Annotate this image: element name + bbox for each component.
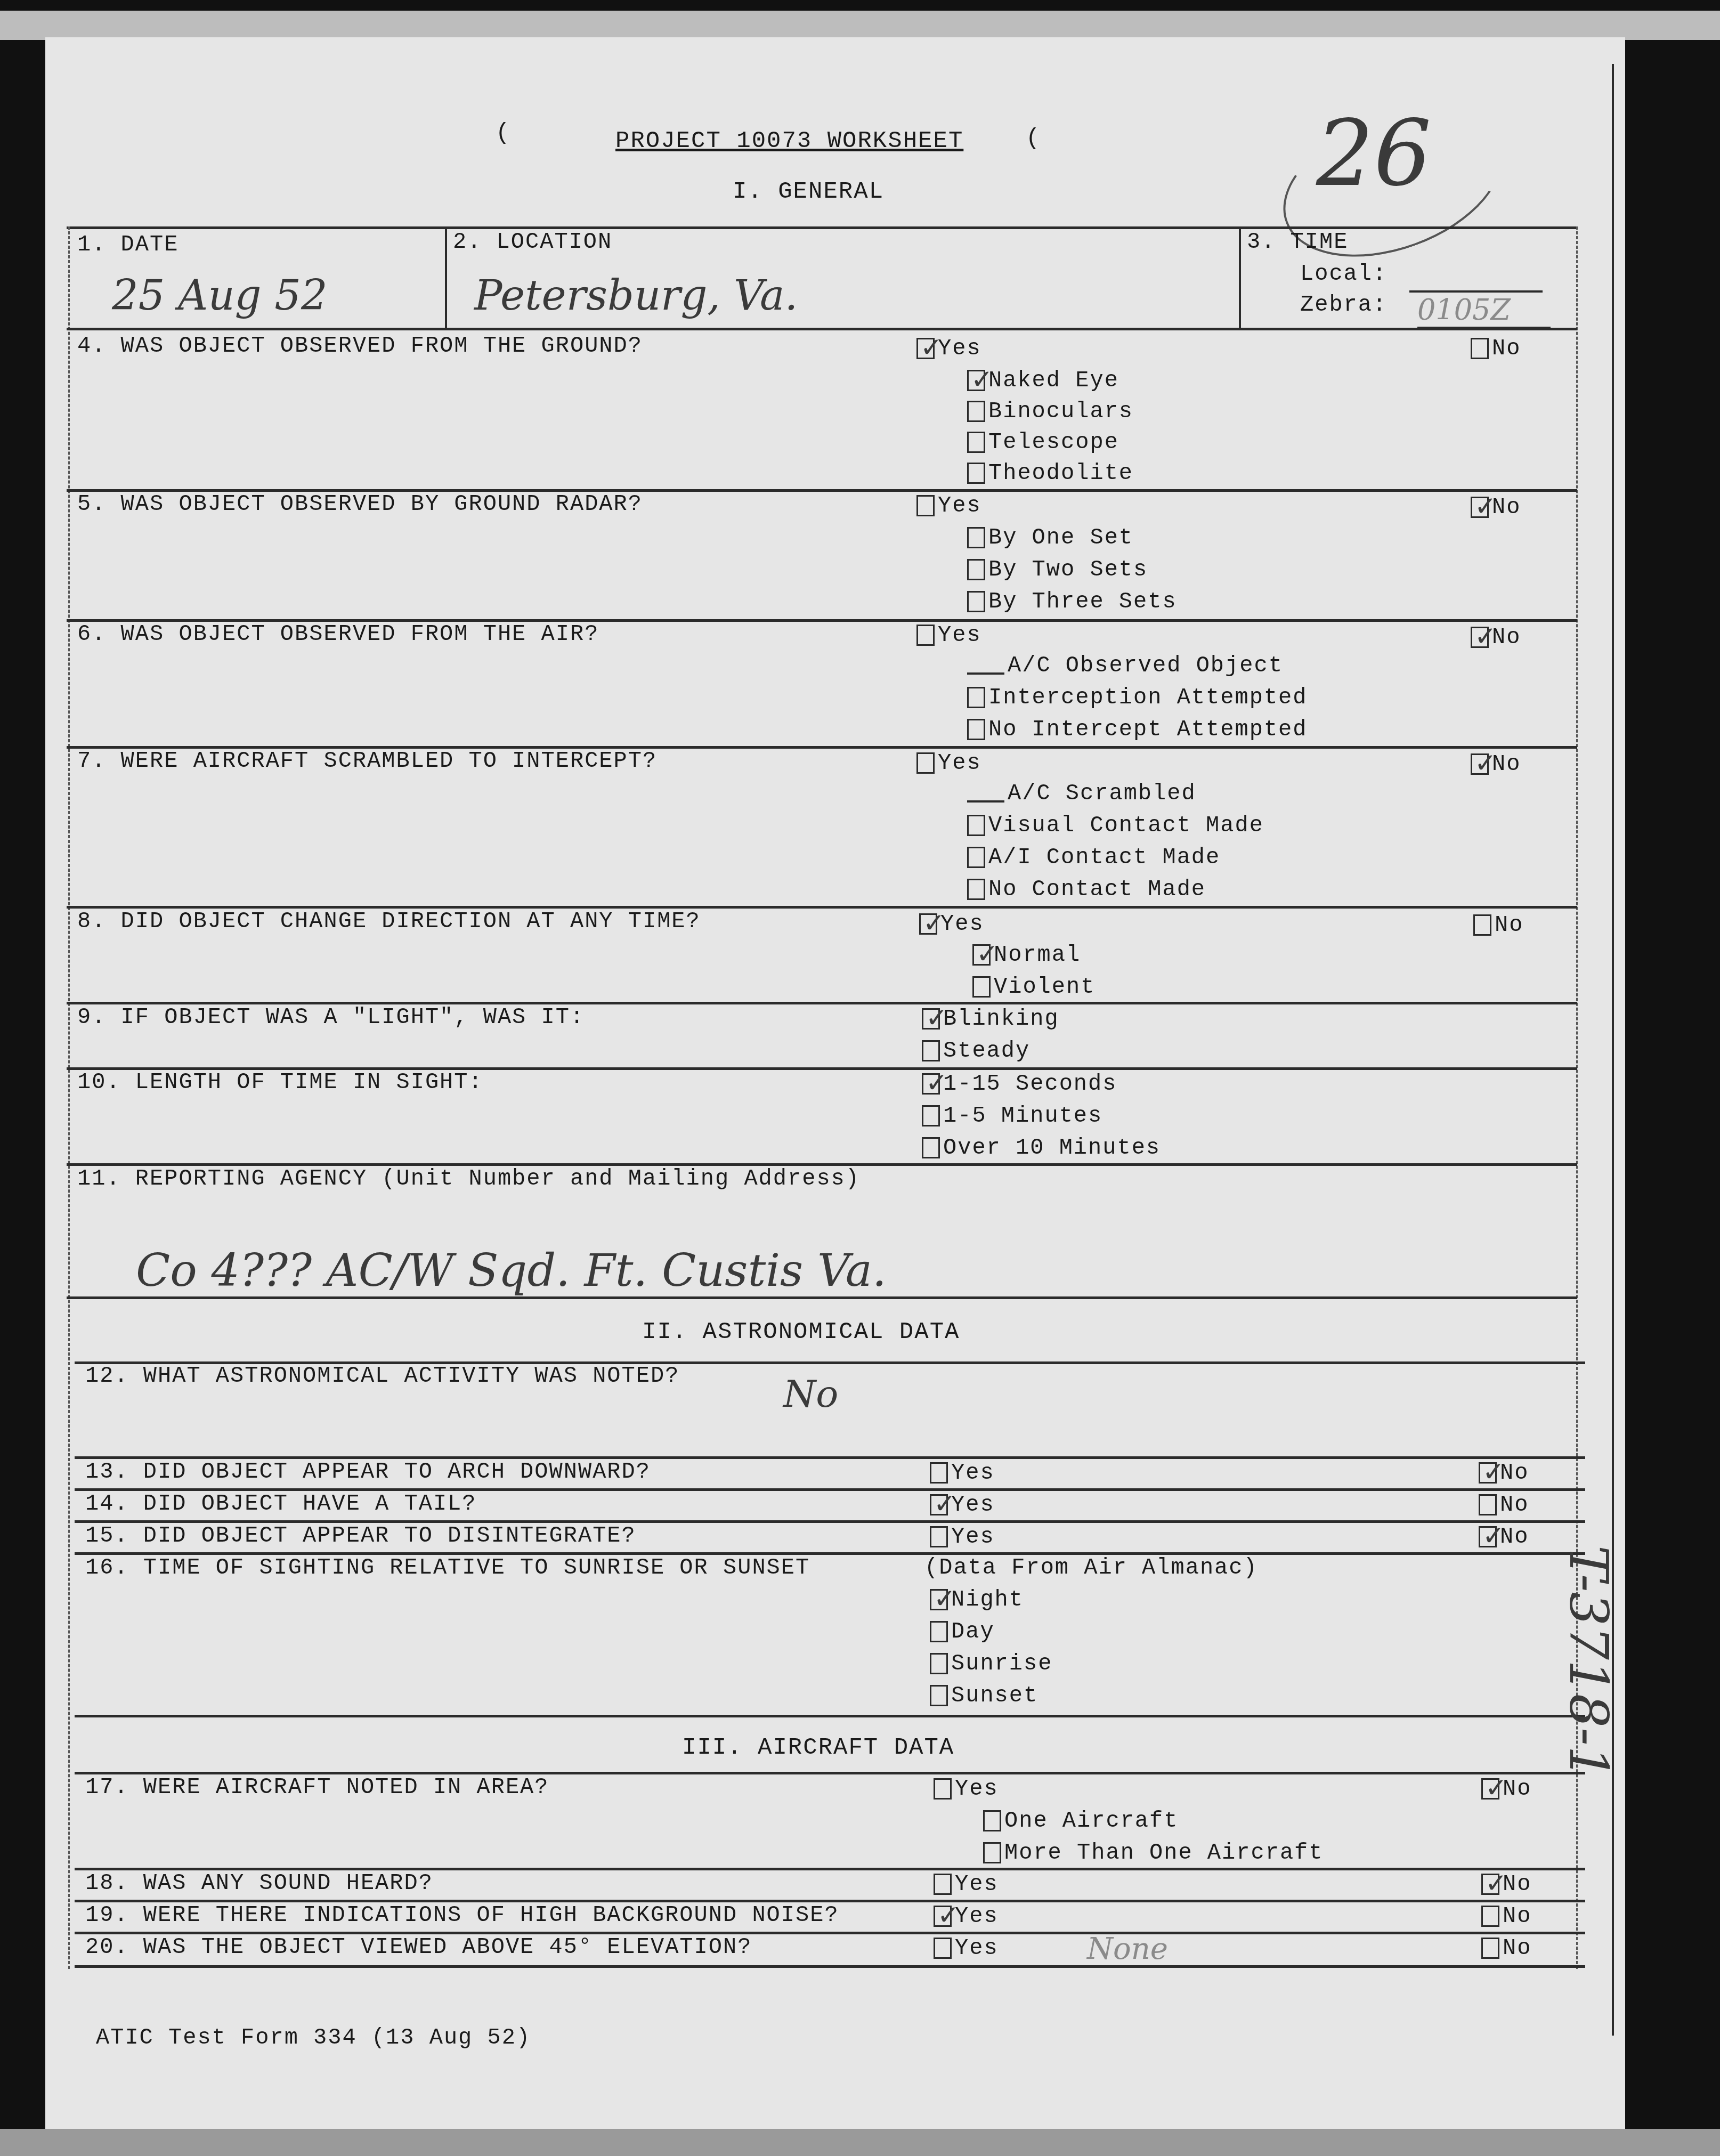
- checkbox-icon[interactable]: [934, 1938, 952, 1959]
- checkbox-icon[interactable]: [934, 1874, 952, 1895]
- q11-label: 11. REPORTING AGENCY (Unit Number and Ma…: [77, 1166, 860, 1192]
- paren-left: (: [496, 120, 510, 147]
- q16-source: (Data From Air Almanac): [924, 1555, 1258, 1580]
- scan-bottom-shadow: [0, 2129, 1720, 2156]
- q6-option-interception-attempted[interactable]: Interception Attempted: [967, 685, 1308, 710]
- q20-note[interactable]: None: [1087, 1932, 1168, 1966]
- q16-option-night[interactable]: Night: [930, 1587, 1024, 1612]
- checkbox-icon[interactable]: [967, 719, 985, 740]
- checkbox-icon[interactable]: [1481, 1938, 1499, 1959]
- q9-option-blinking[interactable]: Blinking: [922, 1006, 1059, 1032]
- blank-field[interactable]: [967, 784, 1004, 803]
- q9-label: 9. IF OBJECT WAS A "LIGHT", WAS IT:: [77, 1004, 585, 1030]
- checkbox-icon[interactable]: [967, 432, 985, 453]
- q4-option-naked-eye[interactable]: Naked Eye: [967, 368, 1119, 393]
- q8-option-violent[interactable]: Violent: [972, 974, 1095, 1000]
- checkbox-icon[interactable]: [967, 527, 985, 548]
- checkbox-icon[interactable]: [930, 1526, 948, 1547]
- checkbox-checked-icon[interactable]: [1471, 627, 1489, 648]
- q15-label: 15. DID OBJECT APPEAR TO DISINTEGRATE?: [85, 1523, 636, 1549]
- checkbox-checked-icon[interactable]: [1471, 497, 1489, 518]
- checkbox-checked-icon[interactable]: [922, 1073, 940, 1095]
- checkbox-checked-icon[interactable]: [1479, 1526, 1497, 1547]
- q17-no[interactable]: No: [1481, 1776, 1531, 1802]
- checkbox-icon[interactable]: [916, 625, 935, 646]
- q16-option-sunrise[interactable]: Sunrise: [930, 1651, 1052, 1676]
- q4-label: 4. WAS OBJECT OBSERVED FROM THE GROUND?: [77, 333, 643, 359]
- section-heading-astronomical: II. ASTRONOMICAL DATA: [642, 1319, 960, 1346]
- q5-yes[interactable]: Yes: [916, 493, 981, 518]
- q17-option-more-than-one[interactable]: More Than One Aircraft: [983, 1840, 1324, 1866]
- q15-yes[interactable]: Yes: [930, 1524, 995, 1550]
- checkbox-checked-icon[interactable]: [919, 913, 937, 935]
- q20-label: 20. WAS THE OBJECT VIEWED ABOVE 45° ELEV…: [85, 1934, 752, 1960]
- q5-option-three-sets[interactable]: By Three Sets: [967, 589, 1177, 614]
- date-value[interactable]: 25 Aug 52: [112, 272, 328, 320]
- checkbox-checked-icon[interactable]: [972, 944, 991, 966]
- checkbox-icon[interactable]: [930, 1653, 948, 1674]
- location-value[interactable]: Petersburg, Va.: [474, 272, 798, 320]
- checkbox-checked-icon[interactable]: [916, 338, 935, 359]
- q6-no[interactable]: No: [1471, 625, 1521, 650]
- checkbox-icon[interactable]: [967, 401, 985, 422]
- time-zebra-value[interactable]: 0105Z: [1417, 293, 1551, 329]
- location-label: 2. LOCATION: [453, 229, 612, 255]
- q18-label: 18. WAS ANY SOUND HEARD?: [85, 1870, 433, 1896]
- q8-option-normal[interactable]: Normal: [972, 942, 1081, 968]
- q7-no[interactable]: No: [1471, 751, 1521, 777]
- blank-field[interactable]: [967, 656, 1004, 675]
- margin-annotation: T-3718-1: [1557, 1545, 1620, 1780]
- q6-yes[interactable]: Yes: [916, 622, 981, 648]
- checkbox-icon[interactable]: [930, 1621, 948, 1642]
- q10-option-over-10-minutes[interactable]: Over 10 Minutes: [922, 1135, 1161, 1161]
- divider: [445, 226, 447, 328]
- q13-no[interactable]: No: [1479, 1460, 1529, 1486]
- form-left-border: [68, 226, 70, 1969]
- q4-no[interactable]: No: [1471, 336, 1521, 361]
- checkbox-icon[interactable]: [922, 1105, 940, 1126]
- q19-yes[interactable]: Yes: [934, 1903, 999, 1929]
- q5-no[interactable]: No: [1471, 495, 1521, 520]
- time-local-field[interactable]: [1409, 290, 1543, 293]
- q4-option-theodolite[interactable]: Theodolite: [967, 460, 1133, 486]
- q7-option-ai-contact[interactable]: A/I Contact Made: [967, 845, 1220, 870]
- checkbox-icon[interactable]: [1471, 338, 1489, 359]
- q12-label: 12. WHAT ASTRONOMICAL ACTIVITY WAS NOTED…: [85, 1363, 679, 1389]
- q18-yes[interactable]: Yes: [934, 1871, 999, 1897]
- q4-option-binoculars[interactable]: Binoculars: [967, 399, 1133, 424]
- q17-yes[interactable]: Yes: [934, 1776, 999, 1802]
- q5-option-one-set[interactable]: By One Set: [967, 525, 1133, 550]
- q14-no[interactable]: No: [1479, 1492, 1529, 1518]
- checkbox-icon[interactable]: [1481, 1906, 1499, 1927]
- checkbox-icon[interactable]: [967, 463, 985, 484]
- scan-top-shadow: [0, 11, 1720, 40]
- divider: [75, 1965, 1585, 1968]
- checkbox-icon[interactable]: [967, 879, 985, 900]
- checkbox-icon[interactable]: [930, 1685, 948, 1706]
- checkbox-icon[interactable]: [967, 687, 985, 708]
- q7-label: 7. WERE AIRCRAFT SCRAMBLED TO INTERCEPT?: [77, 748, 657, 774]
- q10-option-1-15-seconds[interactable]: 1-15 Seconds: [922, 1071, 1117, 1097]
- q6-label: 6. WAS OBJECT OBSERVED FROM THE AIR?: [77, 621, 599, 647]
- q14-yes[interactable]: Yes: [930, 1492, 995, 1518]
- q16-option-day[interactable]: Day: [930, 1619, 995, 1644]
- q15-no[interactable]: No: [1479, 1524, 1529, 1550]
- checkbox-icon[interactable]: [1479, 1494, 1497, 1515]
- q20-no[interactable]: No: [1481, 1935, 1531, 1961]
- q4-yes[interactable]: Yes: [916, 336, 981, 361]
- divider: [75, 1715, 1585, 1717]
- q6-option-ac-observed[interactable]: A/C Observed Object: [967, 653, 1283, 678]
- q13-yes[interactable]: Yes: [930, 1460, 995, 1486]
- q19-no[interactable]: No: [1481, 1903, 1531, 1929]
- checkbox-checked-icon[interactable]: [1481, 1874, 1499, 1895]
- checkbox-icon[interactable]: [916, 752, 935, 774]
- q14-label: 14. DID OBJECT HAVE A TAIL?: [85, 1491, 477, 1517]
- checkbox-icon[interactable]: [967, 815, 985, 836]
- form-footer: ATIC Test Form 334 (13 Aug 52): [96, 2025, 531, 2050]
- page-title: PROJECT 10073 WORKSHEET: [615, 128, 963, 155]
- q7-option-no-contact[interactable]: No Contact Made: [967, 877, 1206, 902]
- section-heading-general: I. GENERAL: [733, 179, 884, 205]
- q8-label: 8. DID OBJECT CHANGE DIRECTION AT ANY TI…: [77, 909, 701, 934]
- checkbox-icon[interactable]: [930, 1462, 948, 1484]
- date-label: 1. DATE: [77, 232, 179, 257]
- time-local-label: Local:: [1300, 261, 1387, 287]
- q8-no[interactable]: No: [1473, 912, 1523, 938]
- checkbox-checked-icon[interactable]: [934, 1906, 952, 1927]
- q16-label: 16. TIME OF SIGHTING RELATIVE TO SUNRISE…: [85, 1555, 810, 1580]
- q10-label: 10. LENGTH OF TIME IN SIGHT:: [77, 1069, 483, 1095]
- q19-label: 19. WERE THERE INDICATIONS OF HIGH BACKG…: [85, 1902, 839, 1928]
- q13-label: 13. DID OBJECT APPEAR TO ARCH DOWNWARD?: [85, 1459, 651, 1485]
- checkbox-icon[interactable]: [922, 1137, 940, 1158]
- q7-option-ac-scrambled[interactable]: A/C Scrambled: [967, 781, 1196, 806]
- q7-yes[interactable]: Yes: [916, 750, 981, 776]
- checkbox-icon[interactable]: [916, 495, 935, 516]
- paren-right: (: [1026, 125, 1041, 152]
- checkbox-icon[interactable]: [983, 1842, 1001, 1863]
- q5-label: 5. WAS OBJECT OBSERVED BY GROUND RADAR?: [77, 491, 643, 517]
- q17-option-one-aircraft[interactable]: One Aircraft: [983, 1808, 1178, 1834]
- q20-yes[interactable]: Yes: [934, 1935, 999, 1961]
- checkbox-icon[interactable]: [1473, 914, 1491, 936]
- time-label: 3. TIME: [1247, 229, 1348, 255]
- checkbox-checked-icon[interactable]: [1471, 753, 1489, 775]
- time-zebra-label: Zebra:: [1300, 292, 1387, 318]
- checkbox-checked-icon[interactable]: [967, 370, 985, 391]
- q16-option-sunset[interactable]: Sunset: [930, 1683, 1038, 1708]
- section-heading-aircraft: III. AIRCRAFT DATA: [682, 1734, 954, 1761]
- q9-option-steady[interactable]: Steady: [922, 1038, 1030, 1064]
- divider: [67, 328, 1577, 330]
- q7-option-visual-contact[interactable]: Visual Contact Made: [967, 813, 1264, 838]
- checkbox-icon[interactable]: [967, 847, 985, 868]
- checkbox-icon[interactable]: [967, 591, 985, 612]
- reporting-agency-value[interactable]: Co 4??? AC/W Sqd. Ft. Custis Va.: [136, 1244, 887, 1296]
- divider: [1239, 226, 1241, 328]
- q18-no[interactable]: No: [1481, 1871, 1531, 1897]
- checkbox-icon[interactable]: [972, 976, 991, 998]
- checkbox-icon[interactable]: [967, 559, 985, 580]
- q8-yes[interactable]: Yes: [919, 911, 984, 937]
- q4-option-telescope[interactable]: Telescope: [967, 429, 1119, 455]
- checkbox-icon[interactable]: [934, 1778, 952, 1800]
- checkbox-checked-icon[interactable]: [1481, 1778, 1499, 1800]
- checkbox-checked-icon[interactable]: [930, 1589, 948, 1610]
- q6-option-no-intercept[interactable]: No Intercept Attempted: [967, 717, 1308, 742]
- checkbox-checked-icon[interactable]: [1479, 1462, 1497, 1484]
- q5-option-two-sets[interactable]: By Two Sets: [967, 557, 1148, 582]
- q17-label: 17. WERE AIRCRAFT NOTED IN AREA?: [85, 1774, 549, 1800]
- q12-value[interactable]: No: [783, 1372, 838, 1416]
- checkbox-icon[interactable]: [983, 1810, 1001, 1831]
- checkbox-checked-icon[interactable]: [930, 1494, 948, 1515]
- checkbox-icon[interactable]: [922, 1040, 940, 1061]
- checkbox-checked-icon[interactable]: [922, 1008, 940, 1030]
- q10-option-1-5-minutes[interactable]: 1-5 Minutes: [922, 1103, 1102, 1129]
- divider: [67, 1296, 1577, 1299]
- divider: [67, 226, 1577, 229]
